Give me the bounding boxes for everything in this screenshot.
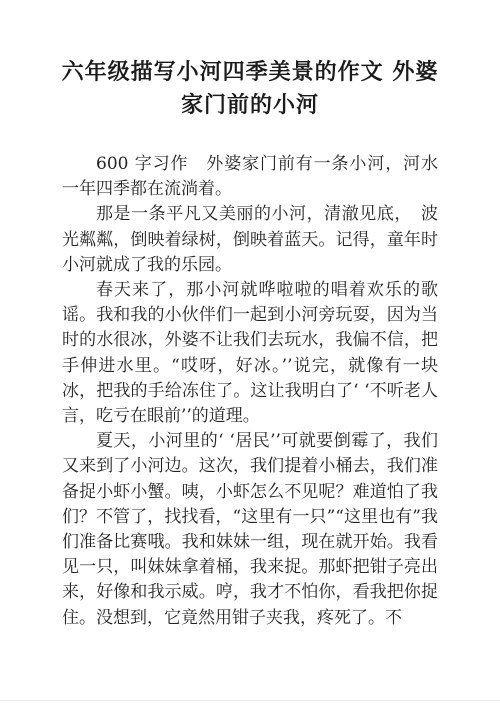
document-title: 六年级描写小河四季美景的作文 外婆家门前的小河	[54, 56, 446, 122]
paragraph-intro: 600 字习作 外婆家门前有一条小河，河水一年四季都在流淌着。	[62, 152, 438, 202]
document-body: 600 字习作 外婆家门前有一条小河，河水一年四季都在流淌着。 那是一条平凡又美…	[62, 152, 438, 631]
paragraph-river-description: 那是一条平凡又美丽的小河，清澈见底， 波光粼粼，倒映着绿树，倒映着蓝天。记得，童…	[62, 202, 438, 278]
paragraph-spring: 春天来了，那小河就哗啦啦的唱着欢乐的歌谣。我和我的小伙伴们一起到小河旁玩耍，因为…	[62, 278, 438, 429]
paragraph-summer: 夏天，小河里的‘ ‘居民’’可就要倒霉了，我们又来到了小河边。这次，我们提着小桶…	[62, 429, 438, 631]
document-page: 六年级描写小河四季美景的作文 外婆家门前的小河 600 字习作 外婆家门前有一条…	[0, 0, 500, 706]
page-bottom-divider	[0, 700, 500, 701]
